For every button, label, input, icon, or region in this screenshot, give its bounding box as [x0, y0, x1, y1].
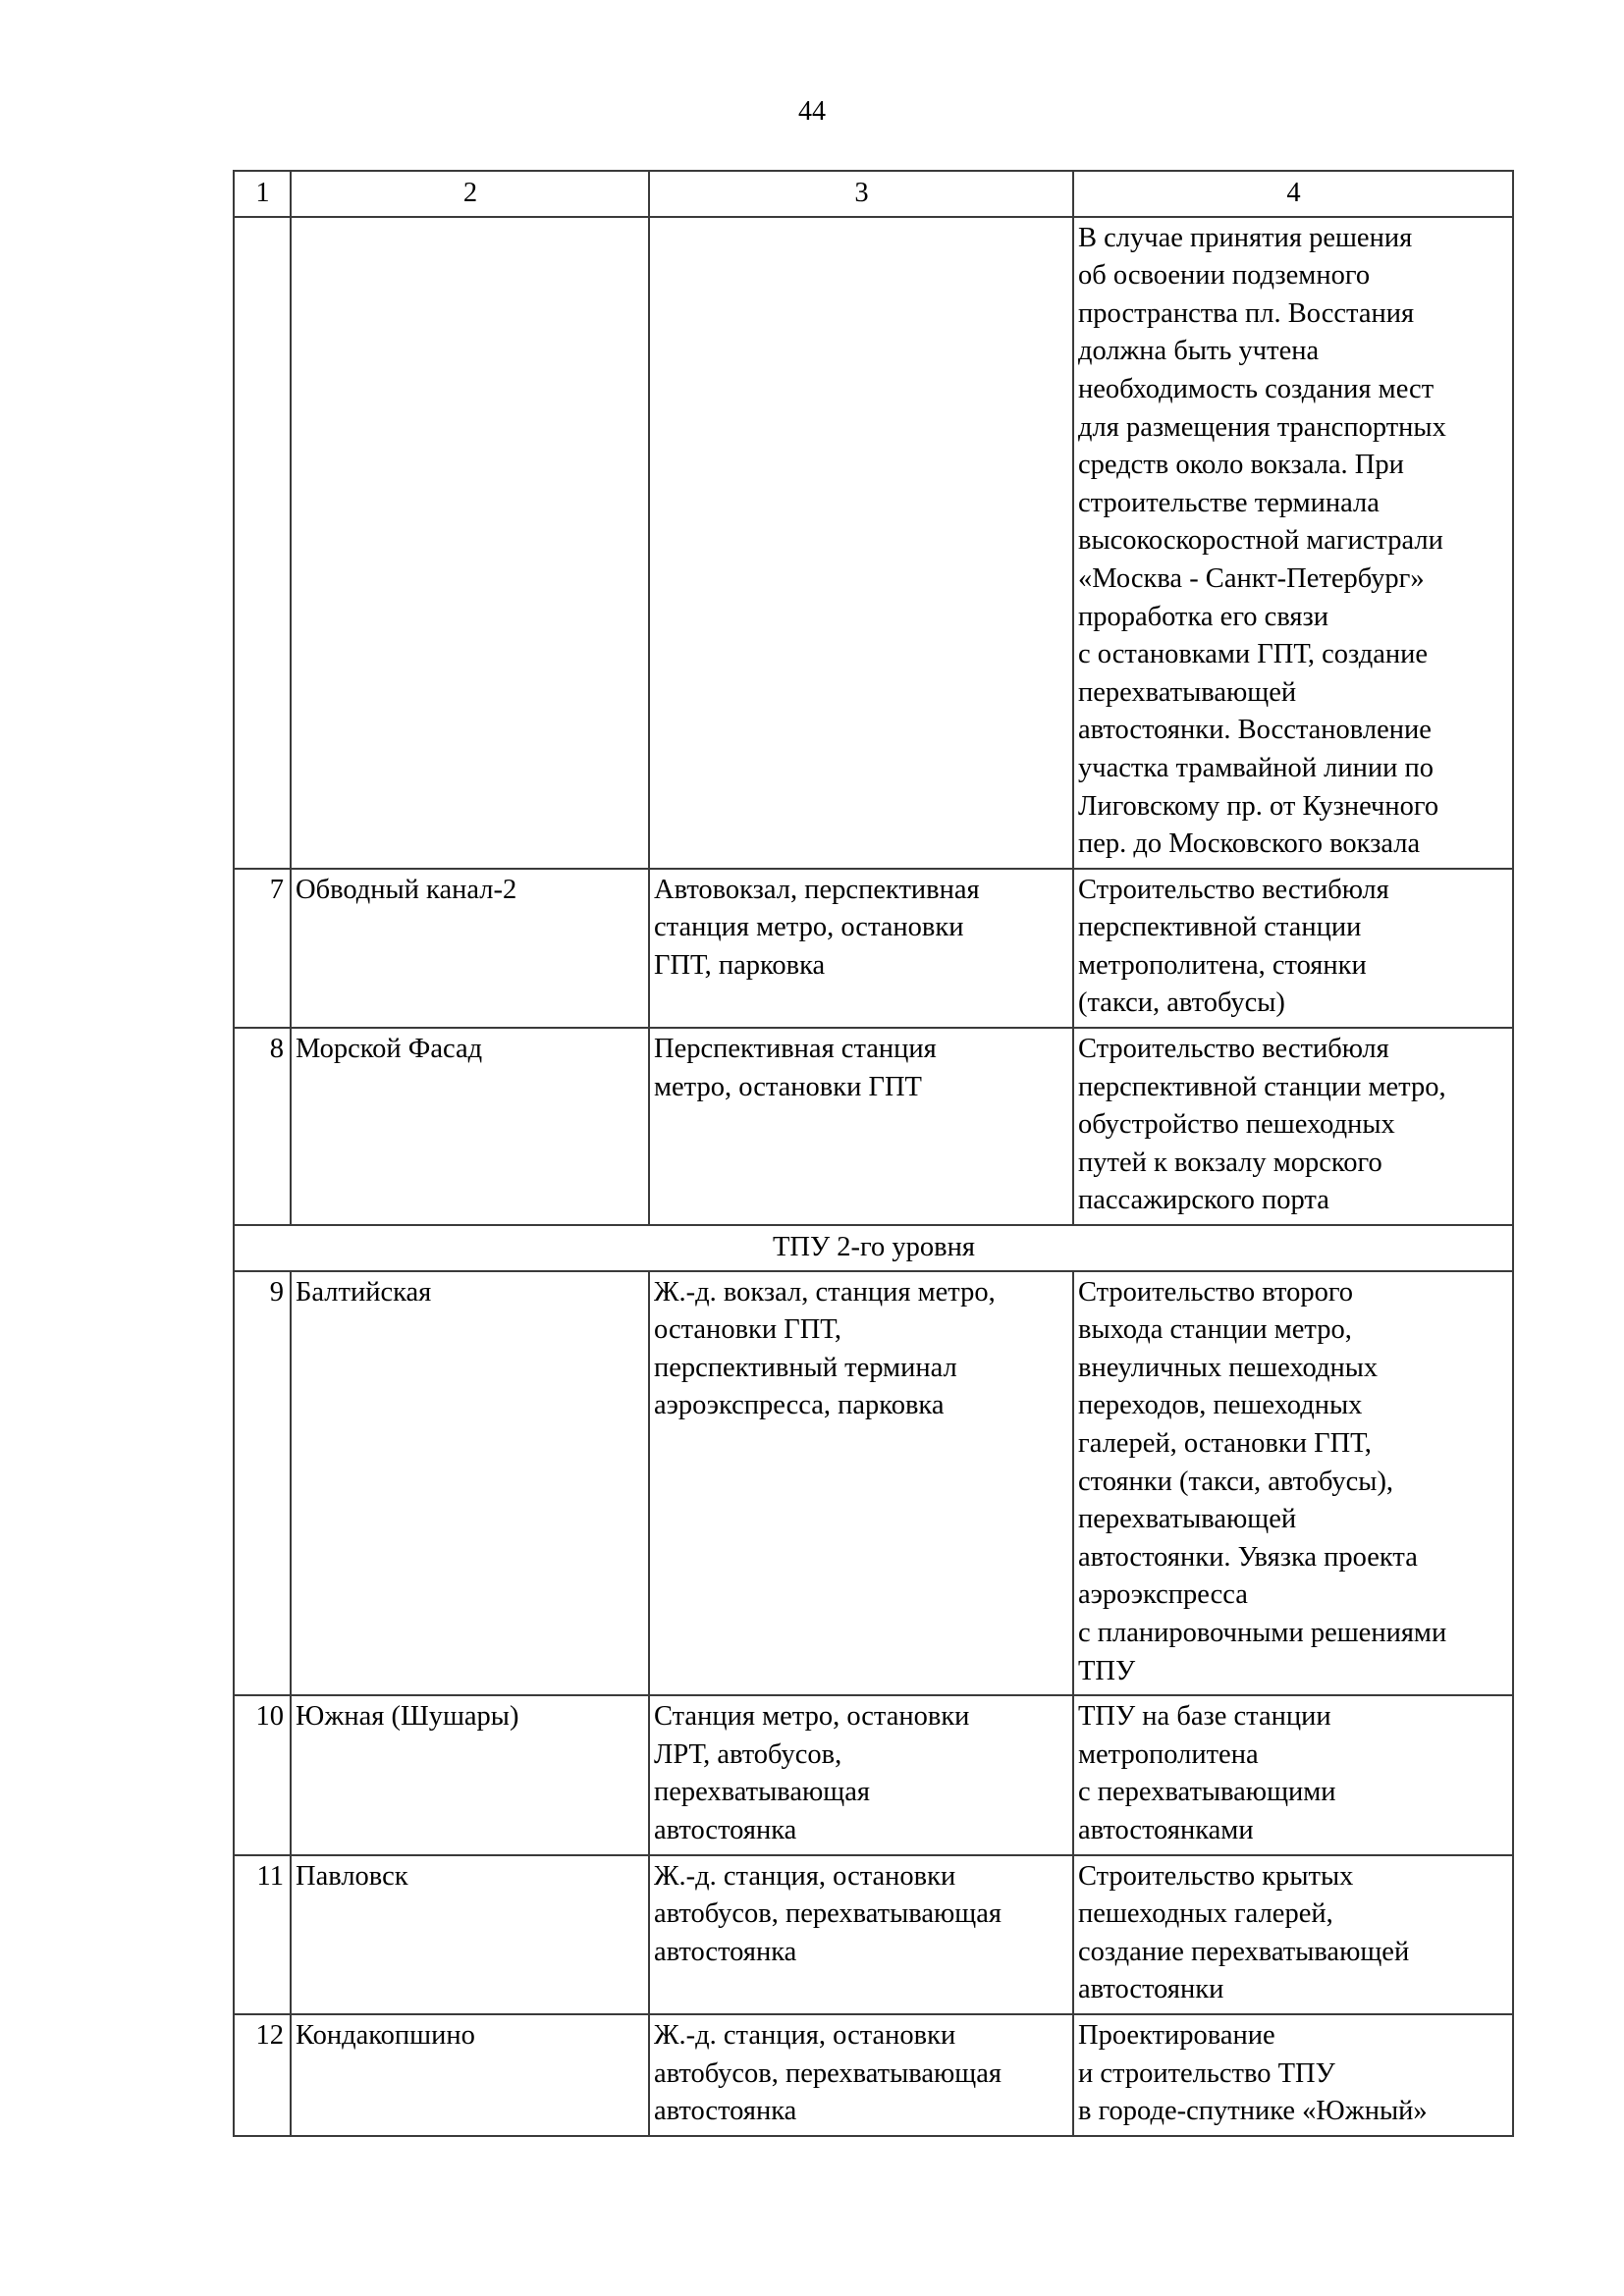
row-number: 8: [234, 1028, 291, 1225]
table-row-continuation: В случае принятия решения об освоении по…: [234, 217, 1513, 869]
row-measures: В случае принятия решения об освоении по…: [1073, 217, 1513, 869]
table-row: 7 Обводный канал-2 Автовокзал, перспекти…: [234, 869, 1513, 1028]
row-composition: Перспективная станция метро, остановки Г…: [649, 1028, 1073, 1225]
row-composition: Ж.-д. станция, остановки автобусов, пере…: [649, 2014, 1073, 2136]
row-name: Южная (Шушары): [291, 1695, 649, 1854]
row-measures: Строительство второго выхода станции мет…: [1073, 1271, 1513, 1696]
row-measures: ТПУ на базе станции метрополитена с пере…: [1073, 1695, 1513, 1854]
row-number: 10: [234, 1695, 291, 1854]
table-row: 12 Кондакопшино Ж.-д. станция, остановки…: [234, 2014, 1513, 2136]
row-name: Морской Фасад: [291, 1028, 649, 1225]
row-composition: Станция метро, остановки ЛРТ, автобусов,…: [649, 1695, 1073, 1854]
row-number: 7: [234, 869, 291, 1028]
section-title: ТПУ 2-го уровня: [234, 1225, 1513, 1271]
row-measures: Строительство вестибюля перспективной ст…: [1073, 1028, 1513, 1225]
row-name: Балтийская: [291, 1271, 649, 1696]
row-measures: Проектирование и строительство ТПУ в гор…: [1073, 2014, 1513, 2136]
row-measures: Строительство вестибюля перспективной ст…: [1073, 869, 1513, 1028]
section-header-row: ТПУ 2-го уровня: [234, 1225, 1513, 1271]
row-composition: Ж.-д. вокзал, станция метро, остановки Г…: [649, 1271, 1073, 1696]
table-row: 9 Балтийская Ж.-д. вокзал, станция метро…: [234, 1271, 1513, 1696]
column-number-3: 3: [649, 171, 1073, 217]
tpu-table: 1 2 3 4 В случае принятия решения об осв…: [233, 170, 1514, 2137]
row-number: 11: [234, 1855, 291, 2014]
row-number: [234, 217, 291, 869]
table-row: 8 Морской Фасад Перспективная станция ме…: [234, 1028, 1513, 1225]
column-number-row: 1 2 3 4: [234, 171, 1513, 217]
table-row: 11 Павловск Ж.-д. станция, остановки авт…: [234, 1855, 1513, 2014]
column-number-1: 1: [234, 171, 291, 217]
row-number: 9: [234, 1271, 291, 1696]
row-name: [291, 217, 649, 869]
page-number: 44: [0, 96, 1624, 128]
row-composition: Автовокзал, перспективная станция метро,…: [649, 869, 1073, 1028]
row-composition: [649, 217, 1073, 869]
row-number: 12: [234, 2014, 291, 2136]
row-name: Обводный канал-2: [291, 869, 649, 1028]
column-number-2: 2: [291, 171, 649, 217]
row-name: Павловск: [291, 1855, 649, 2014]
row-measures: Строительство крытых пешеходных галерей,…: [1073, 1855, 1513, 2014]
column-number-4: 4: [1073, 171, 1513, 217]
row-composition: Ж.-д. станция, остановки автобусов, пере…: [649, 1855, 1073, 2014]
table-row: 10 Южная (Шушары) Станция метро, останов…: [234, 1695, 1513, 1854]
row-name: Кондакопшино: [291, 2014, 649, 2136]
